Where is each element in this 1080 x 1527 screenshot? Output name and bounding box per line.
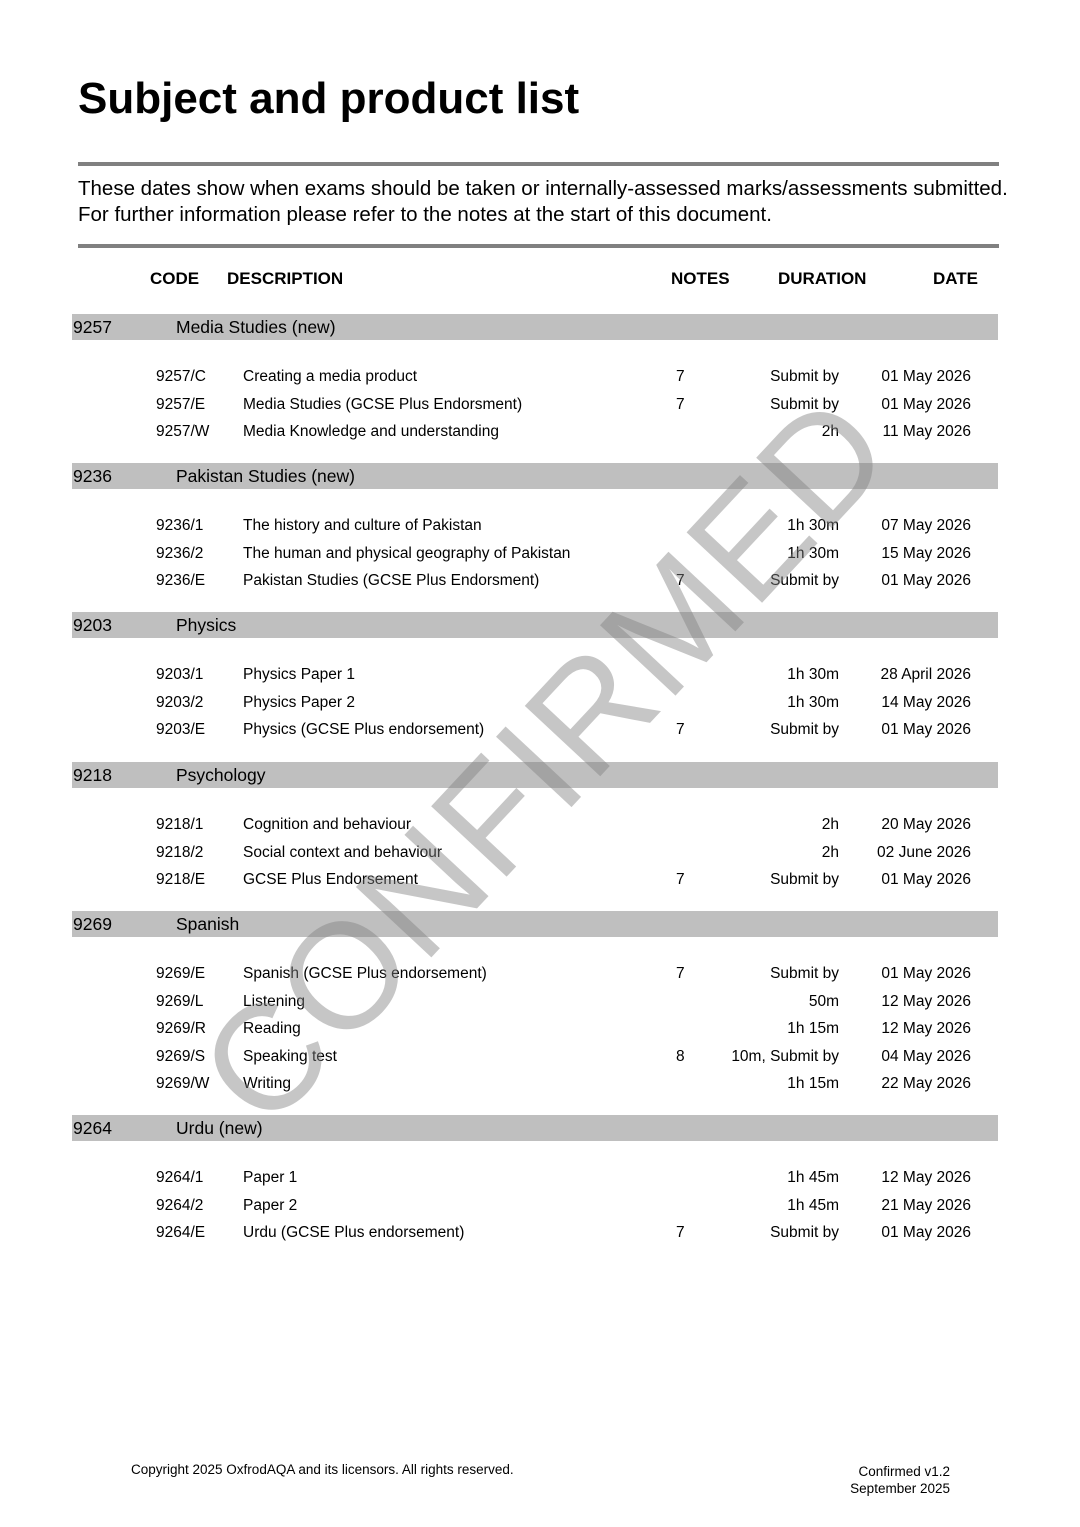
component-date: 01 May 2026 bbox=[881, 572, 971, 590]
component-date: 12 May 2026 bbox=[881, 993, 971, 1011]
component-duration: 10m, Submit by bbox=[731, 1048, 839, 1066]
component-description: Urdu (GCSE Plus endorsement) bbox=[243, 1224, 464, 1242]
component-date: 01 May 2026 bbox=[881, 1224, 971, 1242]
table-row: 9236/1The history and culture of Pakista… bbox=[0, 517, 1080, 539]
component-description: Media Knowledge and understanding bbox=[243, 423, 499, 441]
table-row: 9264/2Paper 21h 45m21 May 2026 bbox=[0, 1197, 1080, 1219]
component-description: Creating a media product bbox=[243, 368, 417, 386]
subject-code: 9257 bbox=[73, 317, 112, 338]
component-duration: 2h bbox=[822, 844, 839, 862]
subject-code: 9203 bbox=[73, 615, 112, 636]
subject-name: Psychology bbox=[176, 765, 266, 786]
component-description: Paper 1 bbox=[243, 1169, 297, 1187]
component-duration: 1h 45m bbox=[787, 1169, 839, 1187]
table-row: 9257/EMedia Studies (GCSE Plus Endorsmen… bbox=[0, 396, 1080, 418]
component-code: 9257/C bbox=[156, 368, 206, 386]
component-duration: 1h 30m bbox=[787, 545, 839, 563]
table-row: 9257/WMedia Knowledge and understanding2… bbox=[0, 423, 1080, 445]
component-description: Cognition and behaviour bbox=[243, 816, 411, 834]
component-notes: 8 bbox=[676, 1048, 685, 1066]
component-description: Physics (GCSE Plus endorsement) bbox=[243, 721, 484, 739]
component-date: 28 April 2026 bbox=[881, 666, 972, 684]
component-description: Pakistan Studies (GCSE Plus Endorsment) bbox=[243, 572, 539, 590]
component-date: 14 May 2026 bbox=[881, 694, 971, 712]
component-code: 9236/E bbox=[156, 572, 205, 590]
table-row: 9264/1Paper 11h 45m12 May 2026 bbox=[0, 1169, 1080, 1191]
component-duration: Submit by bbox=[770, 572, 839, 590]
subject-code: 9264 bbox=[73, 1118, 112, 1139]
component-description: The human and physical geography of Paki… bbox=[243, 545, 570, 563]
component-code: 9269/W bbox=[156, 1075, 209, 1093]
table-row: 9257/CCreating a media product7Submit by… bbox=[0, 368, 1080, 390]
component-notes: 7 bbox=[676, 871, 685, 889]
component-duration: Submit by bbox=[770, 721, 839, 739]
component-date: 21 May 2026 bbox=[881, 1197, 971, 1215]
component-date: 01 May 2026 bbox=[881, 871, 971, 889]
component-notes: 7 bbox=[676, 572, 685, 590]
subject-band: 9269Spanish bbox=[72, 911, 998, 937]
component-description: Spanish (GCSE Plus endorsement) bbox=[243, 965, 487, 983]
component-description: Physics Paper 2 bbox=[243, 694, 355, 712]
component-description: Reading bbox=[243, 1020, 301, 1038]
component-notes: 7 bbox=[676, 368, 685, 386]
version-date: September 2025 bbox=[850, 1480, 950, 1497]
component-date: 12 May 2026 bbox=[881, 1169, 971, 1187]
component-duration: 1h 45m bbox=[787, 1197, 839, 1215]
subject-name: Pakistan Studies (new) bbox=[176, 466, 355, 487]
table-row: 9236/EPakistan Studies (GCSE Plus Endors… bbox=[0, 572, 1080, 594]
component-description: Listening bbox=[243, 993, 305, 1011]
component-date: 11 May 2026 bbox=[883, 423, 971, 441]
component-duration: 2h bbox=[822, 816, 839, 834]
subject-name: Media Studies (new) bbox=[176, 317, 336, 338]
component-date: 04 May 2026 bbox=[881, 1048, 971, 1066]
component-code: 9269/E bbox=[156, 965, 205, 983]
component-code: 9203/1 bbox=[156, 666, 203, 684]
table-row: 9218/2Social context and behaviour2h02 J… bbox=[0, 844, 1080, 866]
component-date: 02 June 2026 bbox=[877, 844, 971, 862]
component-code: 9264/1 bbox=[156, 1169, 203, 1187]
component-duration: 1h 15m bbox=[787, 1075, 839, 1093]
component-description: Paper 2 bbox=[243, 1197, 297, 1215]
subject-band: 9257Media Studies (new) bbox=[72, 314, 998, 340]
component-description: GCSE Plus Endorsement bbox=[243, 871, 418, 889]
subject-band: 9264Urdu (new) bbox=[72, 1115, 998, 1141]
table-row: 9203/1Physics Paper 11h 30m28 April 2026 bbox=[0, 666, 1080, 688]
component-code: 9218/E bbox=[156, 871, 205, 889]
component-code: 9203/2 bbox=[156, 694, 203, 712]
component-duration: 2h bbox=[822, 423, 839, 441]
header-notes: NOTES bbox=[671, 269, 730, 289]
component-description: Social context and behaviour bbox=[243, 844, 442, 862]
copyright-text: Copyright 2025 OxfrodAQA and its licenso… bbox=[131, 1462, 514, 1477]
component-duration: 1h 30m bbox=[787, 694, 839, 712]
component-code: 9203/E bbox=[156, 721, 205, 739]
table-row: 9203/EPhysics (GCSE Plus endorsement)7Su… bbox=[0, 721, 1080, 743]
table-row: 9269/SSpeaking test810m, Submit by04 May… bbox=[0, 1048, 1080, 1070]
table-row: 9203/2Physics Paper 21h 30m14 May 2026 bbox=[0, 694, 1080, 716]
table-row: 9236/2The human and physical geography o… bbox=[0, 545, 1080, 567]
component-description: Writing bbox=[243, 1075, 291, 1093]
component-duration: Submit by bbox=[770, 1224, 839, 1242]
subject-code: 9236 bbox=[73, 466, 112, 487]
component-date: 01 May 2026 bbox=[881, 396, 971, 414]
component-date: 12 May 2026 bbox=[881, 1020, 971, 1038]
component-code: 9236/1 bbox=[156, 517, 203, 535]
subject-band: 9218Psychology bbox=[72, 762, 998, 788]
intro-text: These dates show when exams should be ta… bbox=[78, 176, 1008, 228]
table-row: 9269/ESpanish (GCSE Plus endorsement)7Su… bbox=[0, 965, 1080, 987]
component-date: 01 May 2026 bbox=[881, 721, 971, 739]
component-date: 22 May 2026 bbox=[881, 1075, 971, 1093]
component-description: Speaking test bbox=[243, 1048, 337, 1066]
component-duration: 50m bbox=[809, 993, 839, 1011]
component-notes: 7 bbox=[676, 1224, 685, 1242]
component-code: 9257/W bbox=[156, 423, 209, 441]
subject-name: Urdu (new) bbox=[176, 1118, 263, 1139]
component-date: 07 May 2026 bbox=[881, 517, 971, 535]
subject-band: 9236Pakistan Studies (new) bbox=[72, 463, 998, 489]
component-duration: Submit by bbox=[770, 396, 839, 414]
header-duration: DURATION bbox=[778, 269, 866, 289]
table-row: 9269/WWriting1h 15m22 May 2026 bbox=[0, 1075, 1080, 1097]
top-divider bbox=[78, 162, 999, 166]
version-info: Confirmed v1.2 September 2025 bbox=[850, 1463, 950, 1497]
table-row: 9264/EUrdu (GCSE Plus endorsement)7Submi… bbox=[0, 1224, 1080, 1246]
subject-name: Spanish bbox=[176, 914, 239, 935]
component-duration: 1h 15m bbox=[787, 1020, 839, 1038]
component-duration: 1h 30m bbox=[787, 666, 839, 684]
component-notes: 7 bbox=[676, 965, 685, 983]
header-date: DATE bbox=[933, 269, 978, 289]
component-description: Media Studies (GCSE Plus Endorsment) bbox=[243, 396, 522, 414]
component-code: 9218/1 bbox=[156, 816, 203, 834]
bottom-divider bbox=[78, 244, 999, 248]
component-duration: 1h 30m bbox=[787, 517, 839, 535]
table-row: 9218/1Cognition and behaviour2h20 May 20… bbox=[0, 816, 1080, 838]
header-description: DESCRIPTION bbox=[227, 269, 343, 289]
component-notes: 7 bbox=[676, 721, 685, 739]
page-title: Subject and product list bbox=[78, 74, 579, 124]
component-code: 9269/R bbox=[156, 1020, 206, 1038]
component-date: 01 May 2026 bbox=[881, 368, 971, 386]
table-row: 9269/LListening50m12 May 2026 bbox=[0, 993, 1080, 1015]
component-code: 9269/L bbox=[156, 993, 203, 1011]
subject-name: Physics bbox=[176, 615, 236, 636]
component-notes: 7 bbox=[676, 396, 685, 414]
component-code: 9264/2 bbox=[156, 1197, 203, 1215]
component-description: The history and culture of Pakistan bbox=[243, 517, 482, 535]
table-row: 9218/EGCSE Plus Endorsement7Submit by01 … bbox=[0, 871, 1080, 893]
component-date: 15 May 2026 bbox=[881, 545, 971, 563]
component-code: 9264/E bbox=[156, 1224, 205, 1242]
header-code: CODE bbox=[150, 269, 199, 289]
subject-code: 9269 bbox=[73, 914, 112, 935]
component-date: 01 May 2026 bbox=[881, 965, 971, 983]
subject-band: 9203Physics bbox=[72, 612, 998, 638]
component-code: 9236/2 bbox=[156, 545, 203, 563]
component-code: 9218/2 bbox=[156, 844, 203, 862]
component-date: 20 May 2026 bbox=[881, 816, 971, 834]
subject-code: 9218 bbox=[73, 765, 112, 786]
component-description: Physics Paper 1 bbox=[243, 666, 355, 684]
component-code: 9257/E bbox=[156, 396, 205, 414]
component-duration: Submit by bbox=[770, 965, 839, 983]
table-row: 9269/RReading1h 15m12 May 2026 bbox=[0, 1020, 1080, 1042]
version-label: Confirmed v1.2 bbox=[850, 1463, 950, 1480]
component-duration: Submit by bbox=[770, 368, 839, 386]
component-code: 9269/S bbox=[156, 1048, 205, 1066]
component-duration: Submit by bbox=[770, 871, 839, 889]
